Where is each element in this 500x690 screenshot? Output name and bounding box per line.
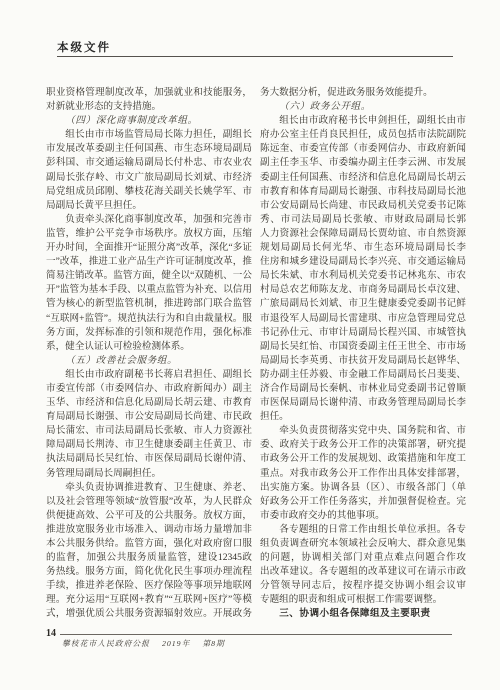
- text-line: 局长蒲宏、市司法局副局长张敏、市人力资源社会保: [46, 424, 252, 438]
- footer-rule: [60, 634, 452, 635]
- text-line: 陈远奎、市委宣传部（市委网信办、市政府新闻办）: [260, 142, 466, 156]
- text-line: 务管理局副局长周嗣担任。: [46, 467, 252, 481]
- text-line: 对新就业形态的支持措施。: [46, 100, 252, 114]
- text-line: 重点。对我市政务公开工作作出具体安排部署，提: [260, 467, 466, 481]
- text-line: 本公共服务供给。监管方面，强化对政府窗口服务: [46, 537, 252, 551]
- text-line: 供便捷高效、公平可及的公共服务。放权方面，协调: [46, 509, 252, 523]
- text-line: （五）改善社会服务组。: [46, 354, 252, 368]
- text-line: （四）深化商事制度改革组。: [46, 114, 252, 128]
- text-line: 局党组成员邱刚、攀枝花海关副关长姚学军、市税务: [46, 185, 252, 199]
- text-line: 好政务公开工作任务落实，并加强督促检查。完成: [260, 495, 466, 509]
- text-line: 局副局长黄平旦担任。: [46, 199, 252, 213]
- text-line: 出实施方案。协调各县（区）、市级各部门（单位）抓: [260, 481, 466, 495]
- text-line: 担任。: [260, 410, 466, 424]
- text-line: 秀、市司法局副局长张敏、市财政局副局长郭江、市: [260, 213, 466, 227]
- text-line: 开”监管为基本手段、以重点监管为补充、以信用监: [46, 283, 252, 297]
- text-line: 式，增强优质公共服务资源辐射效应。开展政务服: [46, 607, 252, 621]
- gazette-page: 本级文件 职业资格管理制度改革，加强就业和技能服务，完善对新就业形态的支持措施。…: [0, 0, 500, 690]
- text-line: 务方面，发挥标准的引领和规范作用，强化标准体: [46, 326, 252, 340]
- text-line: 市委宣传部（市委网信办、市政府新闻办）副主任李: [46, 382, 252, 396]
- text-line: 局副局长李英勇、市扶贫开发局副局长赵铧华、市人: [260, 354, 466, 368]
- text-line: 出改革建议。各专题组的改革建议可在请示市政府: [260, 565, 466, 579]
- text-line: 执法局副局长吴红怡、市医保局副局长谢仲清、市政: [46, 452, 252, 466]
- footer-publication: 攀枝花市人民政府公报: [62, 638, 150, 649]
- text-line: 防办副主任苏毅、市金融工作局副局长吕斐斐、市经: [260, 368, 466, 382]
- text-line: 村局总农艺师陈友龙、市商务局副局长卓汶建、市文: [260, 283, 466, 297]
- text-line: 的监督，加强公共服务质量监管，建设12345政务服: [46, 551, 252, 565]
- text-line: 三、协调小组各保障组及主要职责: [260, 607, 466, 621]
- text-line: 手续，推进养老保险、医疗保险等事项异地联网办: [46, 579, 252, 593]
- text-line: 市教育和体育局副局长谢强、市科技局副局长池勇、: [260, 185, 466, 199]
- text-line: 务大数据分析，促进政务服务效能提升。: [260, 86, 466, 100]
- text-line: 府办公室主任肖良民担任，成员包括市法院副院长: [260, 128, 466, 142]
- text-line: 住房和城乡建设局副局长李兴亮、市交通运输局副: [260, 255, 466, 269]
- text-line: 一”改革，推进工业产品生产许可证制度改革，推行: [46, 255, 252, 269]
- text-line: 玉华、市经济和信息化局副局长胡云建、市教育和体: [46, 396, 252, 410]
- text-line: 育局副局长谢强、市公安局副局长尚建、市民政局副: [46, 410, 252, 424]
- text-line: 济合作局副局长秦帆、市林业局党委副书记曾顺强、: [260, 382, 466, 396]
- text-line: （六）政务公开组。: [260, 100, 466, 114]
- text-line: 组负责调查研究本领域社会反响大、群众意见集中: [260, 537, 466, 551]
- text-line: 的问题，协调相关部门对重点难点问题合作攻关，提: [260, 551, 466, 565]
- text-line: 组长由市政府秘书长申剑担任，副组长由市政: [260, 114, 466, 128]
- text-line: “互联网+监管”。规范执法行为和自由裁量权。服: [46, 312, 252, 326]
- header-rule: [57, 56, 453, 57]
- body-text: 职业资格管理制度改革，加强就业和技能服务，完善对新就业形态的支持措施。（四）深化…: [46, 86, 466, 622]
- section-header-label: 本级文件: [57, 39, 111, 55]
- text-line: 副局长张存岭、市文广旅局副局长刘斌、市经济合作: [46, 171, 252, 185]
- footer-page-number: 14: [46, 628, 56, 639]
- text-column-right: 务大数据分析，促进政务服务效能提升。（六）政务公开组。组长由市政府秘书长申剑担任…: [260, 86, 466, 622]
- text-line: 障局副局长荆涛、市卫生健康委副主任黄卫、市城管: [46, 438, 252, 452]
- text-line: 市委市政府交办的其他事项。: [260, 509, 466, 523]
- text-line: 负责牵头深化商事制度改革，加强和完善市场: [46, 213, 252, 227]
- text-line: 组长由市市场监管局局长陈力担任，副组长由: [46, 128, 252, 142]
- text-line: 推进放宽服务业市场准入、调动市场力量增加非基: [46, 523, 252, 537]
- text-line: 人力资源社会保障局副局长贾幼谊、市自然资源和: [260, 227, 466, 241]
- text-line: 以及社会管理等领域“放管服”改革，为人民群众提: [46, 495, 252, 509]
- footer-issue: 第8期: [202, 638, 225, 649]
- text-line: 市政务公开工作的发展规划、政策措施和年度工作: [260, 452, 466, 466]
- text-line: 管为核心的新型监管机制，推进跨部门联合监管和: [46, 297, 252, 311]
- text-line: 监管，维护公平竞争市场秩序。放权方面，压缩企业: [46, 227, 252, 241]
- text-line: 职业资格管理制度改革，加强就业和技能服务，完善: [46, 86, 252, 100]
- text-line: 简易注销改革。监管方面，健全以“双随机、一公: [46, 269, 252, 283]
- text-line: 理。充分运用“互联网+教育”“互联网+医疗”等模: [46, 593, 252, 607]
- text-line: 局长朱斌、市水利局机关党委书记林兆东、市农业农: [260, 269, 466, 283]
- text-line: 组长由市政府副秘书长蒋启君担任、副组长由: [46, 368, 252, 382]
- text-line: 开办时间，全面推开“证照分离”改革，深化“多证合: [46, 241, 252, 255]
- text-line: 务热线。服务方面，简化优化民生事项办理流程和: [46, 565, 252, 579]
- footer-year: 2019年: [162, 638, 190, 649]
- text-line: 委、政府关于政务公开工作的决策部署，研究提出我: [260, 438, 466, 452]
- text-line: 各专题组的日常工作由组长单位承担。各专题: [260, 523, 466, 537]
- text-line: 市退役军人局副局长雷建琪、市应急管理局党总支: [260, 312, 466, 326]
- text-line: 牵头负责协调推进教育、卫生健康、养老、社保: [46, 481, 252, 495]
- text-line: 市公安局副局长尚建、市民政局机关党委书记陈延: [260, 199, 466, 213]
- text-line: 市发展改革委副主任何国燕、市生态环境局副局长: [46, 142, 252, 156]
- text-line: 彭科国、市交通运输局副局长付朴忠、市农业农村局: [46, 156, 252, 170]
- footer-meta: 攀枝花市人民政府公报 2019年 第8期: [62, 638, 225, 649]
- text-line: 专题组的职责和组成可根据工作需要调整。: [260, 593, 466, 607]
- text-column-left: 职业资格管理制度改革，加强就业和技能服务，完善对新就业形态的支持措施。（四）深化…: [46, 86, 252, 622]
- text-line: 规划局副局长何光华、市生态环境局副局长李莉、市: [260, 241, 466, 255]
- text-line: 分管领导同志后，按程序提交协调小组会议审议。: [260, 579, 466, 593]
- text-line: 书记孙仕元、市审计局副局长程兴国、市城管执法局: [260, 326, 466, 340]
- text-line: 副主任李玉华、市委编办副主任李云洲、市发展改革: [260, 156, 466, 170]
- text-line: 系，健全认证认可检验检测体系。: [46, 340, 252, 354]
- text-line: 牵头负责贯彻落实党中央、国务院和省、市党: [260, 424, 466, 438]
- text-line: 市医保局副局长谢仲清、市政务管理局副局长李勇: [260, 396, 466, 410]
- text-line: 副局长吴红怡、市国资委副主任王世全、市市场监管: [260, 340, 466, 354]
- text-line: 委副主任何国燕、市经济和信息化局副局长胡云建、: [260, 171, 466, 185]
- text-line: 广旅局副局长刘斌、市卫生健康委党委副书记鲜明、: [260, 297, 466, 311]
